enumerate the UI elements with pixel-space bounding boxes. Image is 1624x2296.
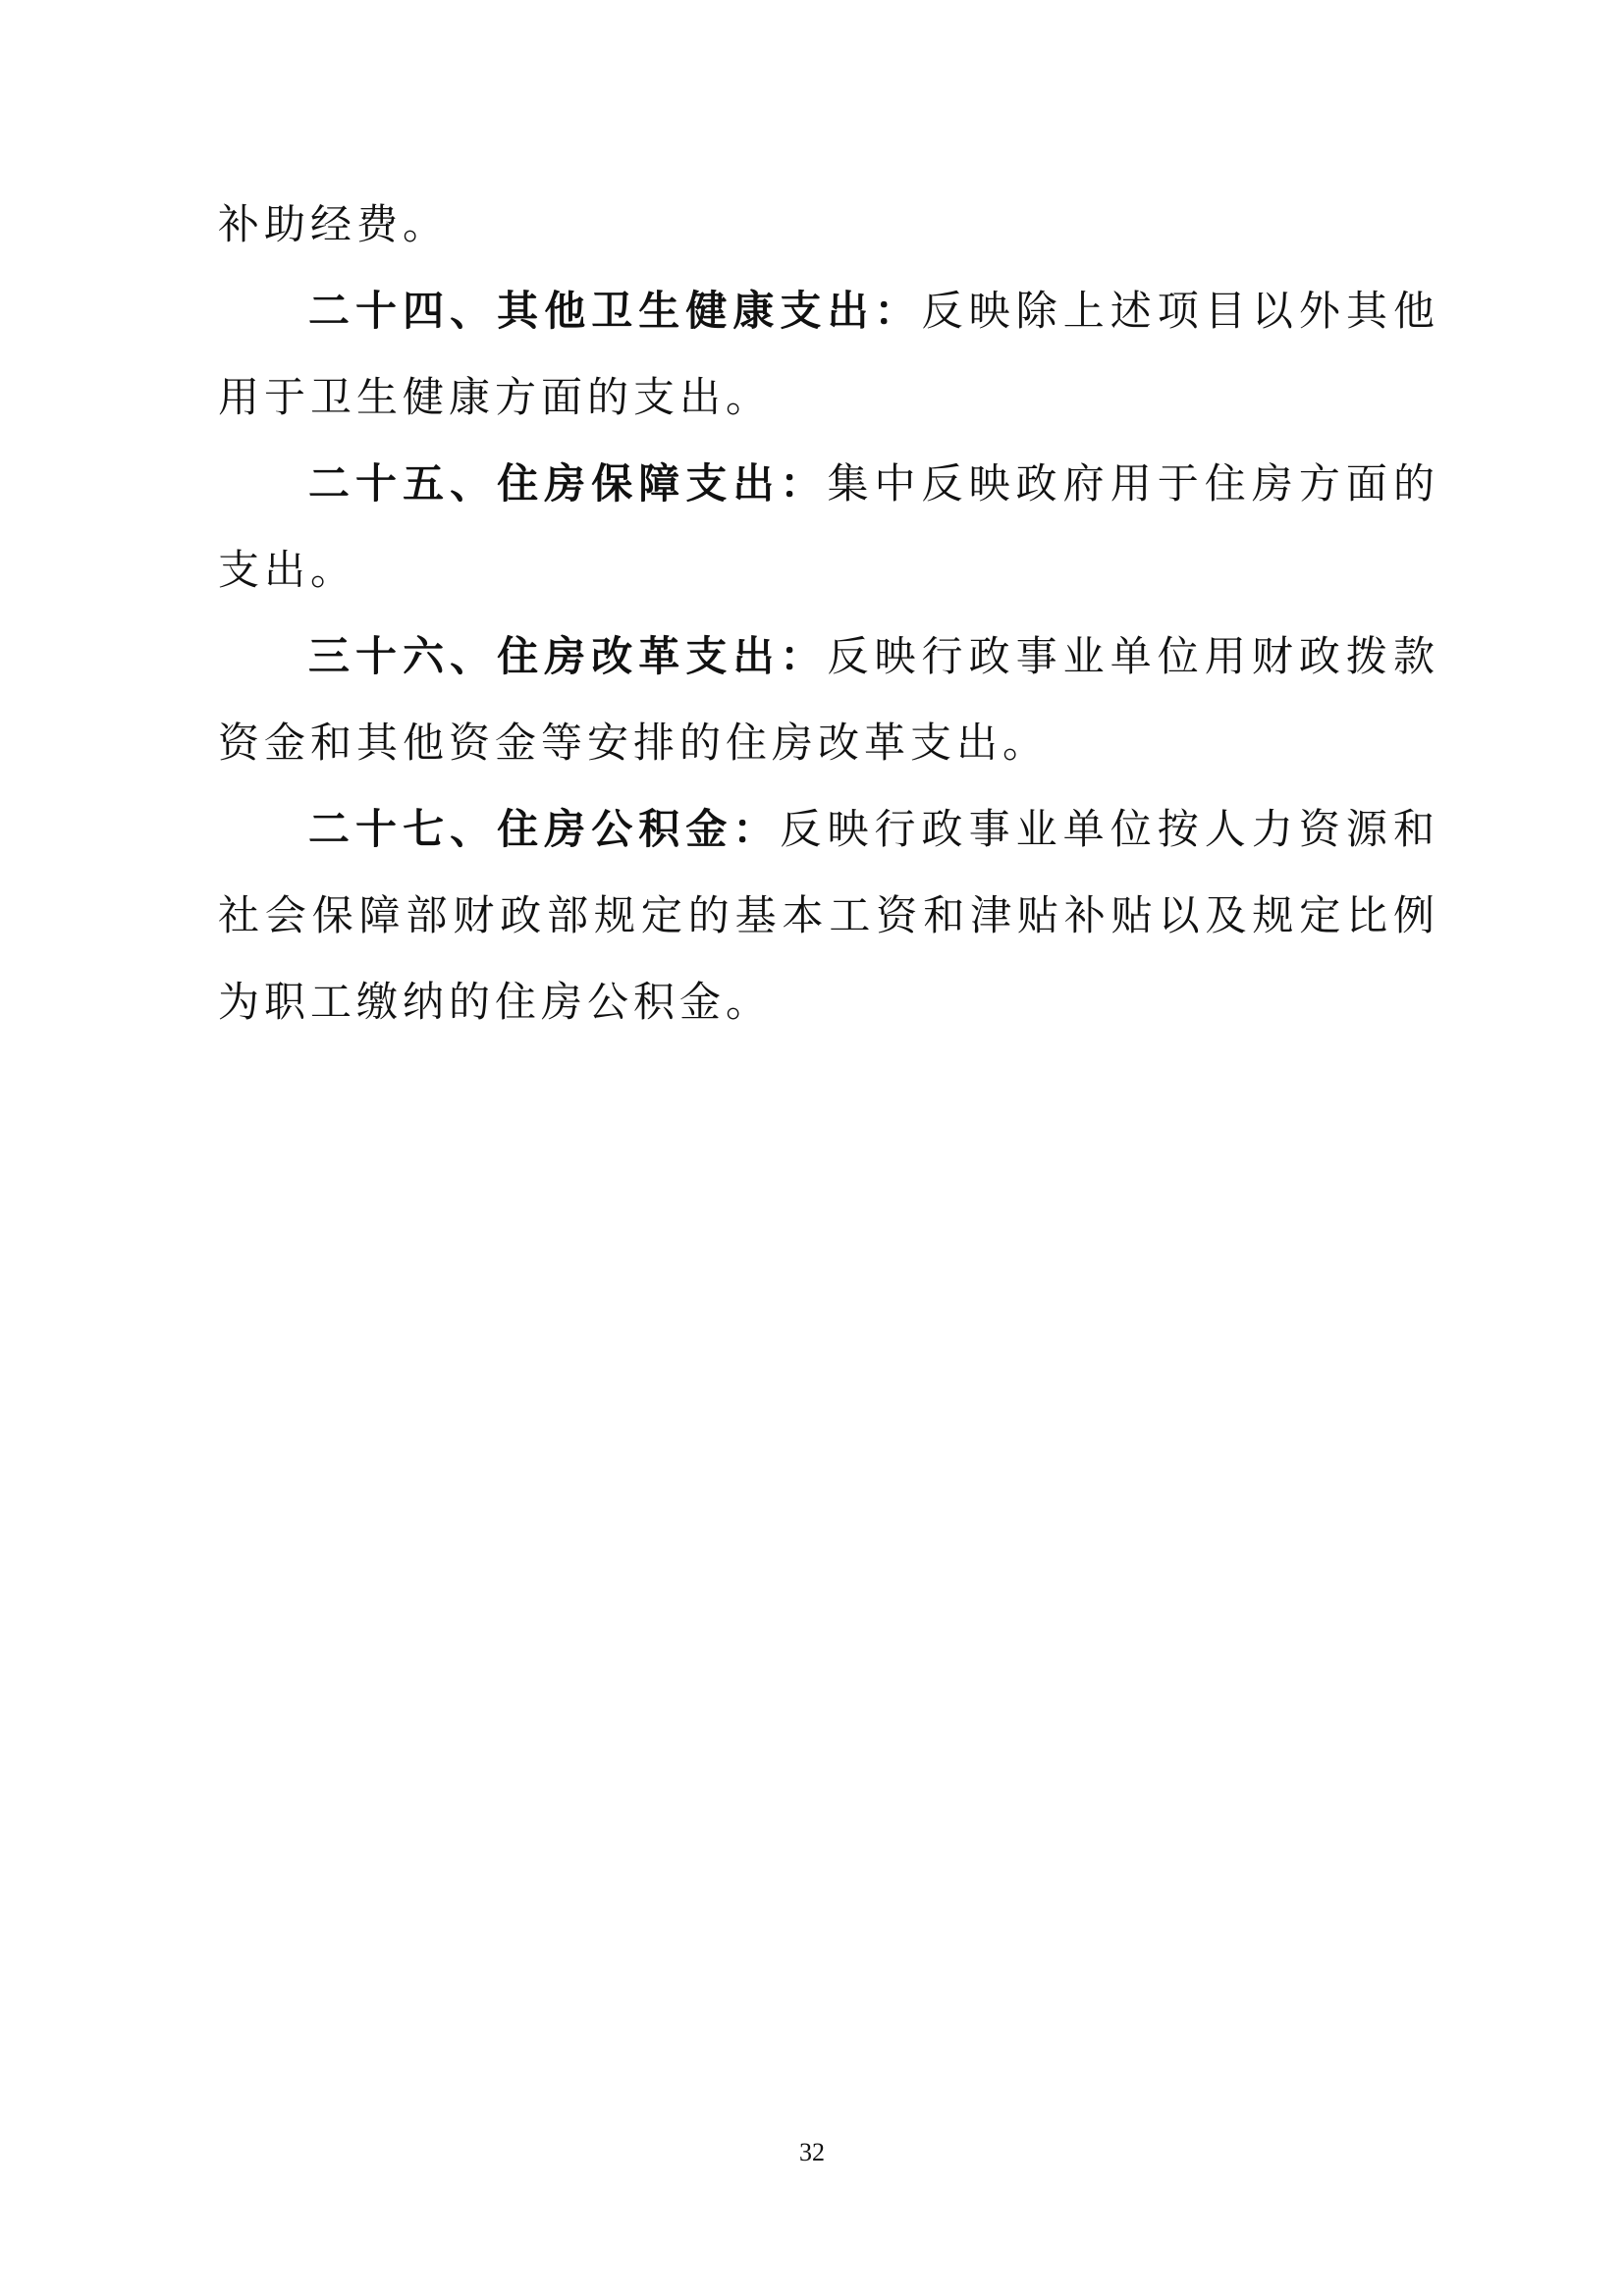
item-heading: 二十七、住房公积金： <box>308 805 780 853</box>
paragraph-text: 补助经费。 <box>218 200 449 248</box>
item-heading: 三十六、住房改革支出： <box>308 632 827 680</box>
paragraph-item-24: 二十四、其他卫生健康支出：反映除上述项目以外其他用于卫生健康方面的支出。 <box>218 268 1439 441</box>
page-body: 补助经费。 二十四、其他卫生健康支出：反映除上述项目以外其他用于卫生健康方面的支… <box>218 182 1439 1045</box>
paragraph-item-27: 二十七、住房公积金：反映行政事业单位按人力资源和社会保障部财政部规定的基本工资和… <box>218 786 1439 1045</box>
document-page: 补助经费。 二十四、其他卫生健康支出：反映除上述项目以外其他用于卫生健康方面的支… <box>0 0 1624 2296</box>
paragraph-item-25: 二十五、住房保障支出：集中反映政府用于住房方面的支出。 <box>218 441 1439 614</box>
page-number: 32 <box>0 2138 1624 2167</box>
item-heading: 二十四、其他卫生健康支出： <box>308 287 922 335</box>
item-heading: 二十五、住房保障支出： <box>308 459 827 507</box>
paragraph-item-36: 三十六、住房改革支出：反映行政事业单位用财政拨款资金和其他资金等安排的住房改革支… <box>218 614 1439 786</box>
paragraph-continuation: 补助经费。 <box>218 182 1439 268</box>
